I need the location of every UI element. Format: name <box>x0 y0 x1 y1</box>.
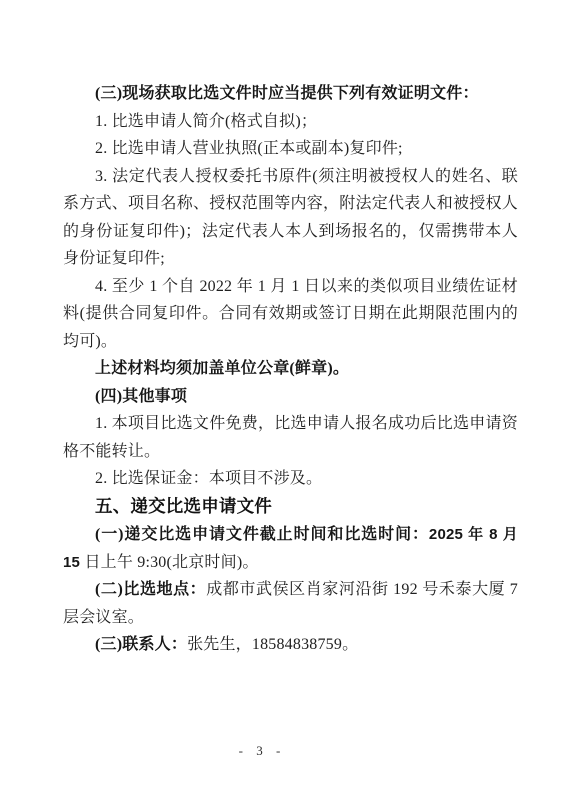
text-run: 系方式、项目名称、授权范围等内容，附法定代表人和被授权人 <box>63 195 518 212</box>
text-run: 格不能转让。 <box>63 443 160 460</box>
text-line: 2. 比选保证金：本项目不涉及。 <box>63 465 518 493</box>
text-line: 均可)。 <box>63 328 518 356</box>
text-line: 2. 比选申请人营业执照(正本或副本)复印件; <box>63 135 518 163</box>
text-run: (一)递交比选申请文件截止时间和比选时间： <box>95 526 429 543</box>
text-run: 2. 比选保证金：本项目不涉及。 <box>95 470 322 487</box>
page-number: - 3 - <box>0 743 524 759</box>
text-run: 上述材料均须加盖单位公章(鲜章)。 <box>95 360 349 377</box>
text-run: 3. 法定代表人授权委托书原件(须注明被授权人的姓名、联 <box>95 168 518 185</box>
text-line: (三)现场获取比选文件时应当提供下列有效证明文件： <box>63 80 518 108</box>
text-run: 1. 比选申请人简介(格式自拟)； <box>95 113 317 130</box>
text-run: 层会议室。 <box>63 609 144 626</box>
text-run: 1. 本项目比选文件免费，比选申请人报名成功后比选申请资 <box>95 415 518 432</box>
text-line: 的身份证复印件)；法定代表人本人到场报名的，仅需携带本人 <box>63 218 518 246</box>
text-run: 2. 比选申请人营业执照(正本或副本)复印件; <box>95 140 403 157</box>
text-run: (三)联系人： <box>95 636 187 653</box>
text-run: 身份证复印件; <box>63 250 165 267</box>
text-run: 张先生，18584838759。 <box>187 636 358 653</box>
text-run: (四)其他事项 <box>95 388 187 405</box>
text-run: 15 <box>63 554 84 571</box>
text-line: (二)比选地点：成都市武侯区肖家河沿街 192 号禾泰大厦 7 <box>63 576 518 604</box>
text-line: (一)递交比选申请文件截止时间和比选时间：2025 年 8 月 <box>63 521 518 549</box>
text-line: (三)联系人：张先生，18584838759。 <box>63 631 518 659</box>
text-line: 料(提供合同复印件。合同有效期或签订日期在此期限范围内的 <box>63 300 518 328</box>
text-line: 15 日上午 9:30(北京时间)。 <box>63 549 518 577</box>
text-run: 五、递交比选申请文件 <box>95 496 272 516</box>
text-run: (三)现场获取比选文件时应当提供下列有效证明文件： <box>95 85 479 102</box>
text-line: 上述材料均须加盖单位公章(鲜章)。 <box>63 355 518 383</box>
text-run: 的身份证复印件)；法定代表人本人到场报名的，仅需携带本人 <box>63 223 518 240</box>
text-line: 身份证复印件; <box>63 245 518 273</box>
text-run: 均可)。 <box>63 333 117 350</box>
text-line: 1. 比选申请人简介(格式自拟)； <box>63 108 518 136</box>
document-body: (三)现场获取比选文件时应当提供下列有效证明文件：1. 比选申请人简介(格式自拟… <box>63 80 518 659</box>
text-line: 1. 本项目比选文件免费，比选申请人报名成功后比选申请资 <box>63 410 518 438</box>
text-run: 成都市武侯区肖家河沿街 192 号禾泰大厦 7 <box>206 581 518 598</box>
text-run: 料(提供合同复印件。合同有效期或签订日期在此期限范围内的 <box>63 305 518 322</box>
text-run: (二)比选地点： <box>95 581 206 598</box>
text-line: 3. 法定代表人授权委托书原件(须注明被授权人的姓名、联 <box>63 163 518 191</box>
text-line: 层会议室。 <box>63 604 518 632</box>
text-run: 日上午 9:30(北京时间)。 <box>84 554 258 571</box>
document-page: (三)现场获取比选文件时应当提供下列有效证明文件：1. 比选申请人简介(格式自拟… <box>0 0 578 794</box>
text-line: 五、递交比选申请文件 <box>63 493 518 522</box>
text-line: 格不能转让。 <box>63 438 518 466</box>
text-line: 4. 至少 1 个自 2022 年 1 月 1 日以来的类似项目业绩佐证材 <box>63 273 518 301</box>
text-line: (四)其他事项 <box>63 383 518 411</box>
text-run: 2025 年 8 月 <box>429 526 518 543</box>
text-line: 系方式、项目名称、授权范围等内容，附法定代表人和被授权人 <box>63 190 518 218</box>
text-run: 4. 至少 1 个自 2022 年 1 月 1 日以来的类似项目业绩佐证材 <box>95 278 518 295</box>
